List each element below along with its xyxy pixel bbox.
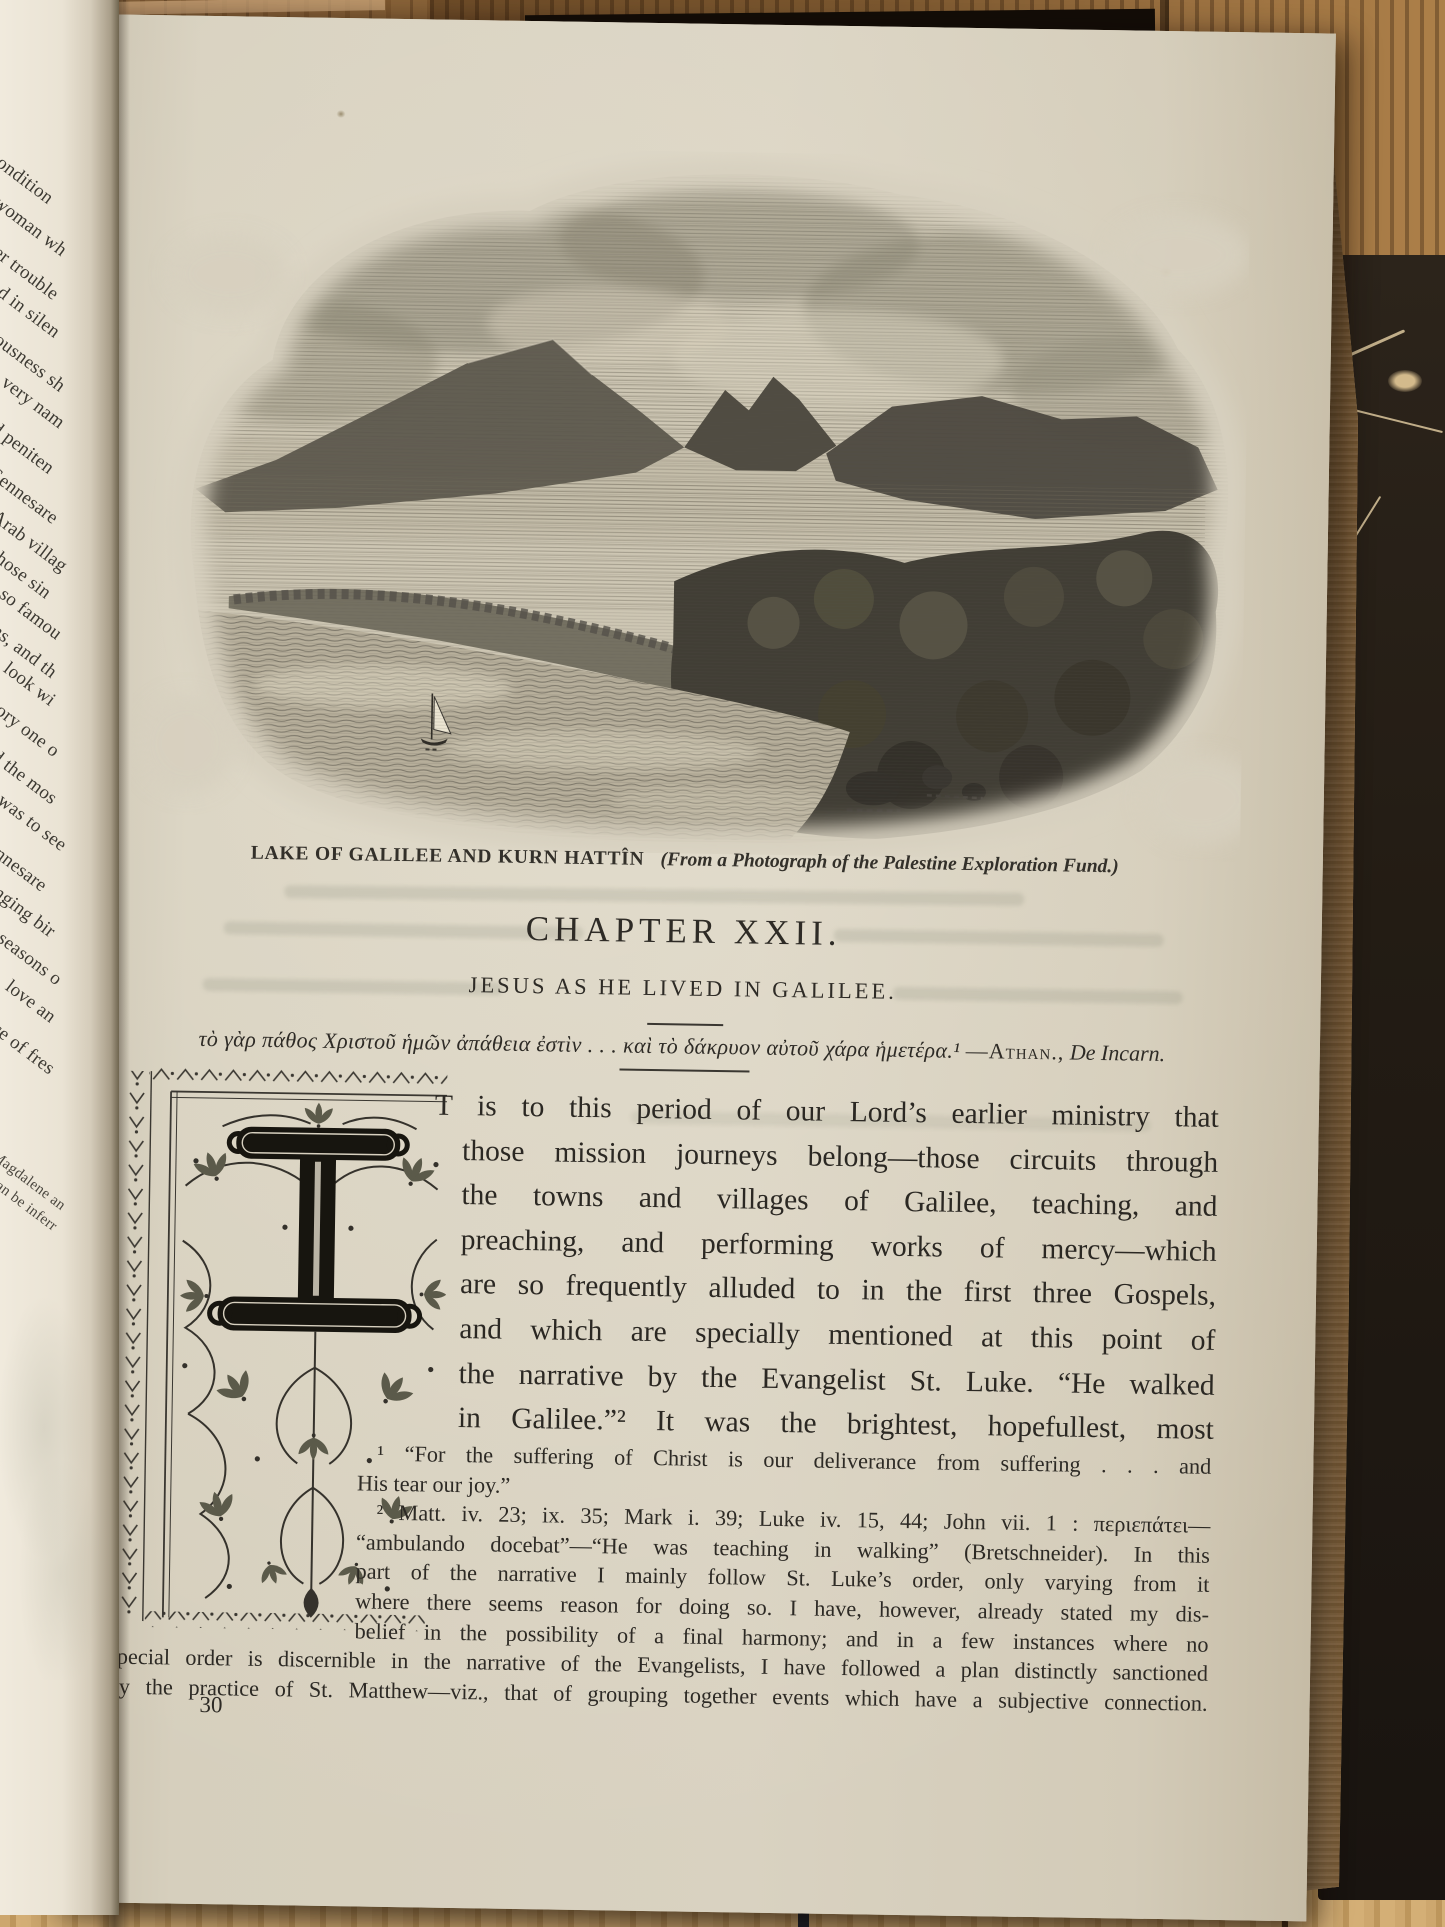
letter-I-glyph: [209, 1126, 422, 1333]
left-page-text-fragment: ce of fres: [0, 1018, 59, 1080]
epigraph-rule: [619, 1068, 749, 1072]
epigraph-author: —Athan.,: [966, 1038, 1065, 1065]
left-page-ornament-bleed: [0, 1260, 110, 1680]
chapter-heading: CHAPTER XXII.: [128, 903, 1238, 960]
heading-rule: [647, 1023, 723, 1027]
footnotes-block: ¹ “For the suffering of Christ is our de…: [108, 1435, 1212, 1719]
chapter-epigraph: τὸ γὰρ πάθος Χριστοῦ ἡμῶν ἀπάθεια ἐστὶν …: [102, 1024, 1262, 1068]
book-page: LAKE OF GALILEE AND KURN HATTÎN(From a P…: [58, 14, 1336, 1921]
epigraph-work: De Incarn.: [1064, 1039, 1165, 1066]
body-paragraph: T is to this period of our Lord’s earlie…: [458, 1084, 1220, 1453]
frayed-fiber-clump: [1388, 370, 1422, 392]
ink-bleed-through: [284, 885, 1024, 906]
foxing-spot: [336, 110, 345, 118]
curled-left-page: condition woman wh her trouble d in sile…: [0, 0, 119, 1915]
chapter-subheading: JESUS AS HE LIVED IN GALILEE.: [128, 967, 1238, 1010]
lake-of-galilee-engraving: [130, 143, 1251, 862]
page-number: 30: [199, 1692, 222, 1718]
epigraph-greek-text: τὸ γὰρ πάθος Χριστοῦ ἡμῶν ἀπάθεια ἐστὶν …: [198, 1026, 960, 1063]
book-photo-scene: LAKE OF GALILEE AND KURN HATTÎN(From a P…: [0, 0, 1445, 1927]
